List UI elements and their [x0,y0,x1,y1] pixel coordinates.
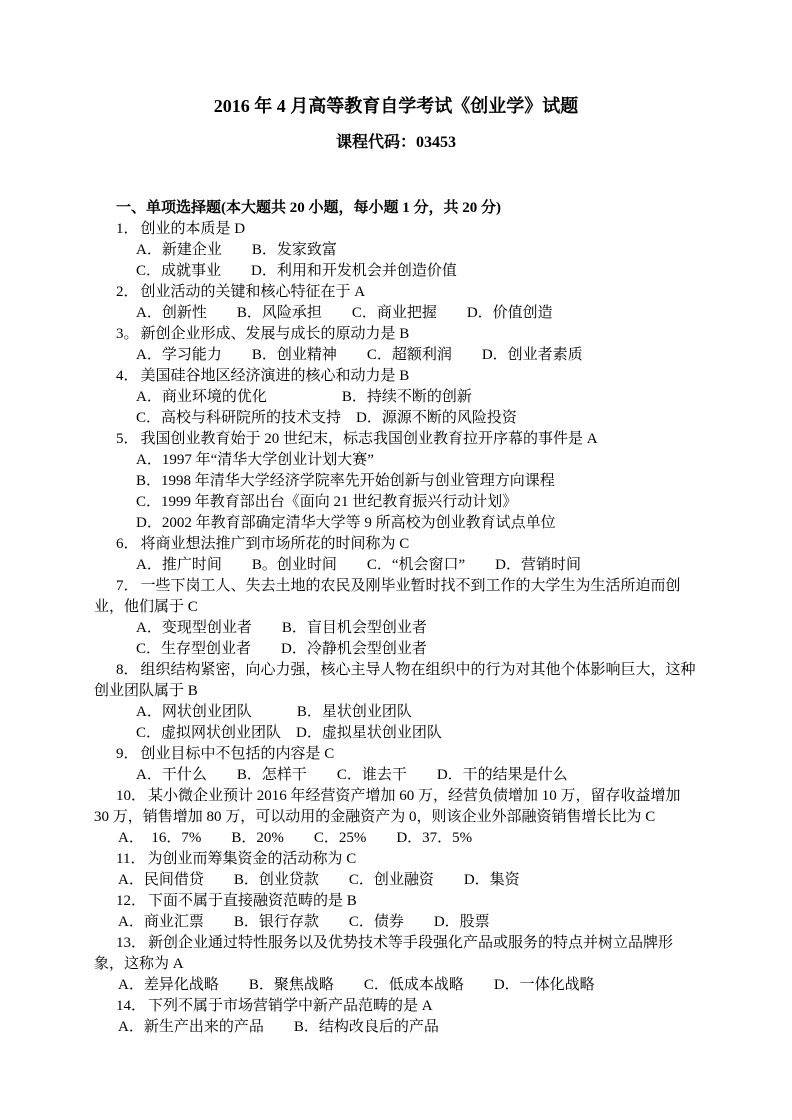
option-line: A．新生产出来的产品 B．结构改良后的产品 [94,1017,696,1038]
course-code: 课程代码：03453 [0,132,792,154]
question-text: 新创企业通过特性服务以及优势技术等手段强化产品或服务的特点并树立品牌形象，这称为… [94,935,673,972]
question-text: 创业目标中不包括的内容是 C [141,746,335,762]
question-4: 4．美国硅谷地区经济演进的核心和动力是 B A．商业环境的优化 B．持续不断的创… [94,366,696,429]
question-text: 组织结构紧密，向心力强，核心主导人物在组织中的行为对其他个体影响巨大，这种创业团… [94,662,696,699]
question-number: 6． [116,536,139,552]
exam-title: 2016 年 4 月高等教育自学考试《创业学》试题 [0,0,792,117]
option-line: A．差异化战略 B．聚焦战略 C．低成本战略 D．一体化战略 [94,975,696,996]
option-line: A．网状创业团队 B．星状创业团队 [94,702,696,723]
question-text: 下列不属于市场营销学中新产品范畴的是 A [148,998,433,1014]
question-5: 5．我国创业教育始于 20 世纪末，标志我国创业教育拉开序幕的事件是 A A．1… [94,429,696,534]
question-number: 5． [116,431,139,447]
option-line: B．1998 年清华大学经济学院率先开始创新与创业管理方向课程 [94,471,696,492]
option-line: A．推广时间 B。创业时间 C．“机会窗口” D．营销时间 [94,555,696,576]
question-number: 14． [116,998,146,1014]
option-line: C．高校与科研院所的技术支持 D．源源不断的风险投资 [94,408,696,429]
question-text: 下面不属于直接融资范畴的是 B [148,893,357,909]
question-text: 美国硅谷地区经济演进的核心和动力是 B [141,368,410,384]
question-number: 7． [116,578,139,594]
question-number: 3。 [116,326,139,342]
question-number: 9． [116,746,139,762]
question-11: 11．为创业而筹集资金的活动称为 C A．民间借贷 B．创业贷款 C．创业融资 … [94,849,696,891]
question-8: 8．组织结构紧密，向心力强，核心主导人物在组织中的行为对其他个体影响巨大，这种创… [94,660,696,744]
question-stem: 10．某小微企业预计 2016 年经营资产增加 60 万，经营负债增加 10 万… [94,786,696,828]
exam-body: 一、单项选择题(本大题共 20 小题，每小题 1 分，共 20 分) 1．创业的… [94,198,696,1038]
option-line: C．生存型创业者 D．冷静机会型创业者 [94,639,696,660]
question-13: 13．新创企业通过特性服务以及优势技术等手段强化产品或服务的特点并树立品牌形象，… [94,933,696,996]
exam-page: { "page": { "title": "2016 年 4 月高等教育自学考试… [0,0,792,1120]
question-stem: 2．创业活动的关键和核心特征在于 A [94,282,696,303]
option-line: D．2002 年教育部确定清华大学等 9 所高校为创业教育试点单位 [94,513,696,534]
question-text: 我国创业教育始于 20 世纪末，标志我国创业教育拉开序幕的事件是 A [141,431,598,447]
question-12: 12．下面不属于直接融资范畴的是 B A．商业汇票 B．银行存款 C．债券 D．… [94,891,696,933]
section-heading: 一、单项选择题(本大题共 20 小题，每小题 1 分，共 20 分) [94,198,696,219]
question-stem: 11．为创业而筹集资金的活动称为 C [94,849,696,870]
option-line: A．创新性 B．风险承担 C．商业把握 D．价值创造 [94,303,696,324]
question-number: 11． [116,851,145,867]
question-text: 某小微企业预计 2016 年经营资产增加 60 万，经营负债增加 10 万，留存… [94,788,684,825]
option-line: A．民间借贷 B．创业贷款 C．创业融资 D．集资 [94,870,696,891]
option-line: A．1997 年“清华大学创业计划大赛” [94,450,696,471]
question-stem: 8．组织结构紧密，向心力强，核心主导人物在组织中的行为对其他个体影响巨大，这种创… [94,660,696,702]
question-stem: 4．美国硅谷地区经济演进的核心和动力是 B [94,366,696,387]
question-text: 创业的本质是 D [141,221,246,237]
option-line: C．1999 年教育部出台《面向 21 世纪教育振兴行动计划》 [94,492,696,513]
question-text: 为创业而筹集资金的活动称为 C [147,851,356,867]
question-2: 2．创业活动的关键和核心特征在于 A A．创新性 B．风险承担 C．商业把握 D… [94,282,696,324]
question-9: 9．创业目标中不包括的内容是 C A．干什么 B．怎样干 C．谁去干 D．干的结… [94,744,696,786]
question-6: 6．将商业想法推广到市场所花的时间称为 C A．推广时间 B。创业时间 C．“机… [94,534,696,576]
question-7: 7．一些下岗工人、失去土地的农民及刚毕业暂时找不到工作的大学生为生活所迫而创业，… [94,576,696,660]
option-line: A．商业汇票 B．银行存款 C．债券 D．股票 [94,912,696,933]
question-stem: 13．新创企业通过特性服务以及优势技术等手段强化产品或服务的特点并树立品牌形象，… [94,933,696,975]
question-number: 10． [116,788,146,804]
question-stem: 12．下面不属于直接融资范畴的是 B [94,891,696,912]
question-number: 1． [116,221,139,237]
option-line: A．学习能力 B．创业精神 C．超额利润 D．创业者素质 [94,345,696,366]
question-stem: 14．下列不属于市场营销学中新产品范畴的是 A [94,996,696,1017]
option-line: C．成就事业 D．利用和开发机会并创造价值 [94,261,696,282]
question-stem: 5．我国创业教育始于 20 世纪末，标志我国创业教育拉开序幕的事件是 A [94,429,696,450]
option-line: A．干什么 B．怎样干 C．谁去干 D．干的结果是什么 [94,765,696,786]
question-stem: 6．将商业想法推广到市场所花的时间称为 C [94,534,696,555]
option-line: A．商业环境的优化 B．持续不断的创新 [94,387,696,408]
question-stem: 3。新创企业形成、发展与成长的原动力是 B [94,324,696,345]
question-14: 14．下列不属于市场营销学中新产品范畴的是 A A．新生产出来的产品 B．结构改… [94,996,696,1038]
option-line: C．虚拟网状创业团队 D．虚拟星状创业团队 [94,723,696,744]
question-text: 创业活动的关键和核心特征在于 A [141,284,366,300]
question-text: 新创企业形成、发展与成长的原动力是 B [141,326,410,342]
question-3: 3。新创企业形成、发展与成长的原动力是 B A．学习能力 B．创业精神 C．超额… [94,324,696,366]
question-stem: 1．创业的本质是 D [94,219,696,240]
question-stem: 7．一些下岗工人、失去土地的农民及刚毕业暂时找不到工作的大学生为生活所迫而创业，… [94,576,696,618]
question-number: 12． [116,893,146,909]
question-number: 2． [116,284,139,300]
option-line: A．新建企业 B．发家致富 [94,240,696,261]
question-1: 1．创业的本质是 D A．新建企业 B．发家致富 C．成就事业 D．利用和开发机… [94,219,696,282]
question-number: 4． [116,368,139,384]
option-line: A．变现型创业者 B．盲目机会型创业者 [94,618,696,639]
question-number: 13． [116,935,146,951]
question-number: 8． [116,662,139,678]
question-text: 一些下岗工人、失去土地的农民及刚毕业暂时找不到工作的大学生为生活所迫而创业，他们… [94,578,681,615]
question-text: 将商业想法推广到市场所花的时间称为 C [141,536,410,552]
question-10: 10．某小微企业预计 2016 年经营资产增加 60 万，经营负债增加 10 万… [94,786,696,849]
option-line: A． 16．7% B．20% C．25% D．37．5% [94,828,696,849]
question-stem: 9．创业目标中不包括的内容是 C [94,744,696,765]
